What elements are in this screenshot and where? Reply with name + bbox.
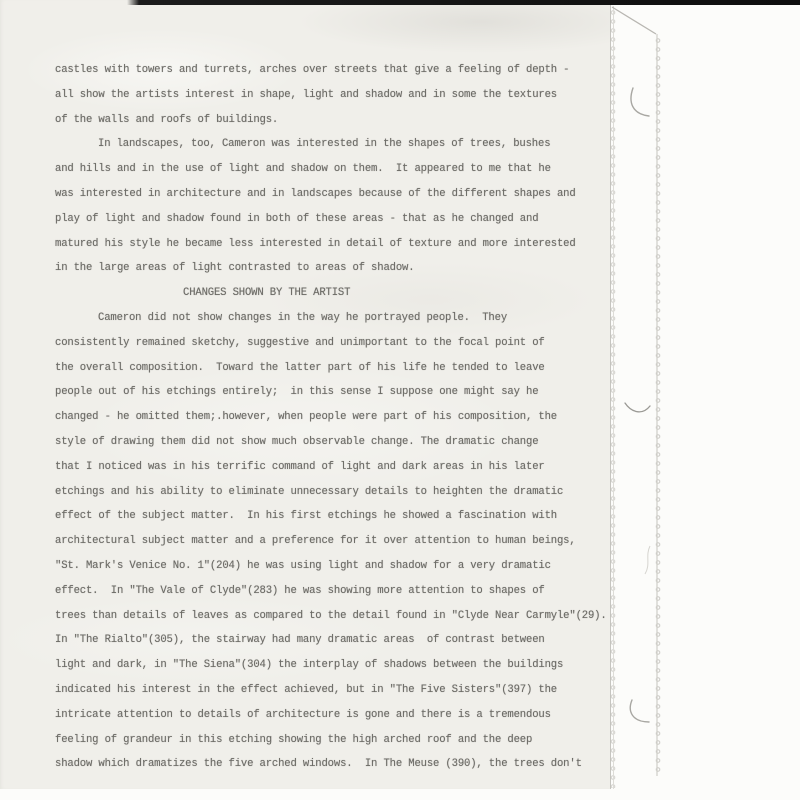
- binder-hole: [625, 403, 650, 412]
- text-line: effect. In "The Vale of Clyde"(283) he w…: [55, 579, 590, 604]
- text-line: all show the artists interest in shape, …: [55, 83, 590, 108]
- binder-hole: [631, 88, 649, 116]
- text-line: matured his style he became less interes…: [55, 232, 590, 257]
- text-line: trees than details of leaves as compared…: [55, 604, 590, 629]
- text-line: people out of his etchings entirely; in …: [55, 380, 590, 405]
- text-line: Cameron did not show changes in the way …: [55, 306, 590, 331]
- text-line: that I noticed was in his terrific comma…: [55, 455, 590, 480]
- text-line: light and dark, in "The Siena"(304) the …: [55, 653, 590, 678]
- stray-mark: [645, 546, 650, 574]
- text-line: consistently remained sketchy, suggestiv…: [55, 331, 590, 356]
- serrated-edge-right: [654, 36, 662, 774]
- scanned-page-view: castles with towers and turrets, arches …: [0, 0, 800, 800]
- text-line: shadow which dramatizes the five arched …: [55, 752, 590, 777]
- text-line: of the walls and roofs of buildings.: [55, 108, 590, 133]
- text-line: in the large areas of light contrasted t…: [55, 256, 590, 281]
- binder-hole: [630, 700, 649, 722]
- sheet-protector-edge: [595, 0, 800, 800]
- serrated-edge-left: [609, 8, 617, 788]
- paper-sheet: castles with towers and turrets, arches …: [0, 0, 611, 789]
- text-line: In "The Rialto"(305), the stairway had m…: [55, 628, 590, 653]
- text-line: was interested in architecture and in la…: [55, 182, 590, 207]
- text-line: feeling of grandeur in this etching show…: [55, 728, 590, 753]
- text-line: the overall composition. Toward the latt…: [55, 356, 590, 381]
- text-line: play of light and shadow found in both o…: [55, 207, 590, 232]
- text-line: indicated his interest in the effect ach…: [55, 678, 590, 703]
- page-corner-fold: [612, 7, 656, 34]
- text-line: effect of the subject matter. In his fir…: [55, 504, 590, 529]
- text-line: and hills and in the use of light and sh…: [55, 157, 590, 182]
- text-line: "St. Mark's Venice No. 1"(204) he was us…: [55, 554, 590, 579]
- text-line: style of drawing them did not show much …: [55, 430, 590, 455]
- text-line: castles with towers and turrets, arches …: [55, 58, 590, 83]
- text-line: In landscapes, too, Cameron was interest…: [55, 132, 590, 157]
- text-line: changed - he omitted them;.however, when…: [55, 405, 590, 430]
- document-text: castles with towers and turrets, arches …: [55, 58, 590, 777]
- scanner-edge-strip: [127, 0, 800, 5]
- text-line: etchings and his ability to eliminate un…: [55, 480, 590, 505]
- section-heading: CHANGES SHOWN BY THE ARTIST: [55, 281, 590, 306]
- text-line: architectural subject matter and a prefe…: [55, 529, 590, 554]
- text-line: intricate attention to details of archit…: [55, 703, 590, 728]
